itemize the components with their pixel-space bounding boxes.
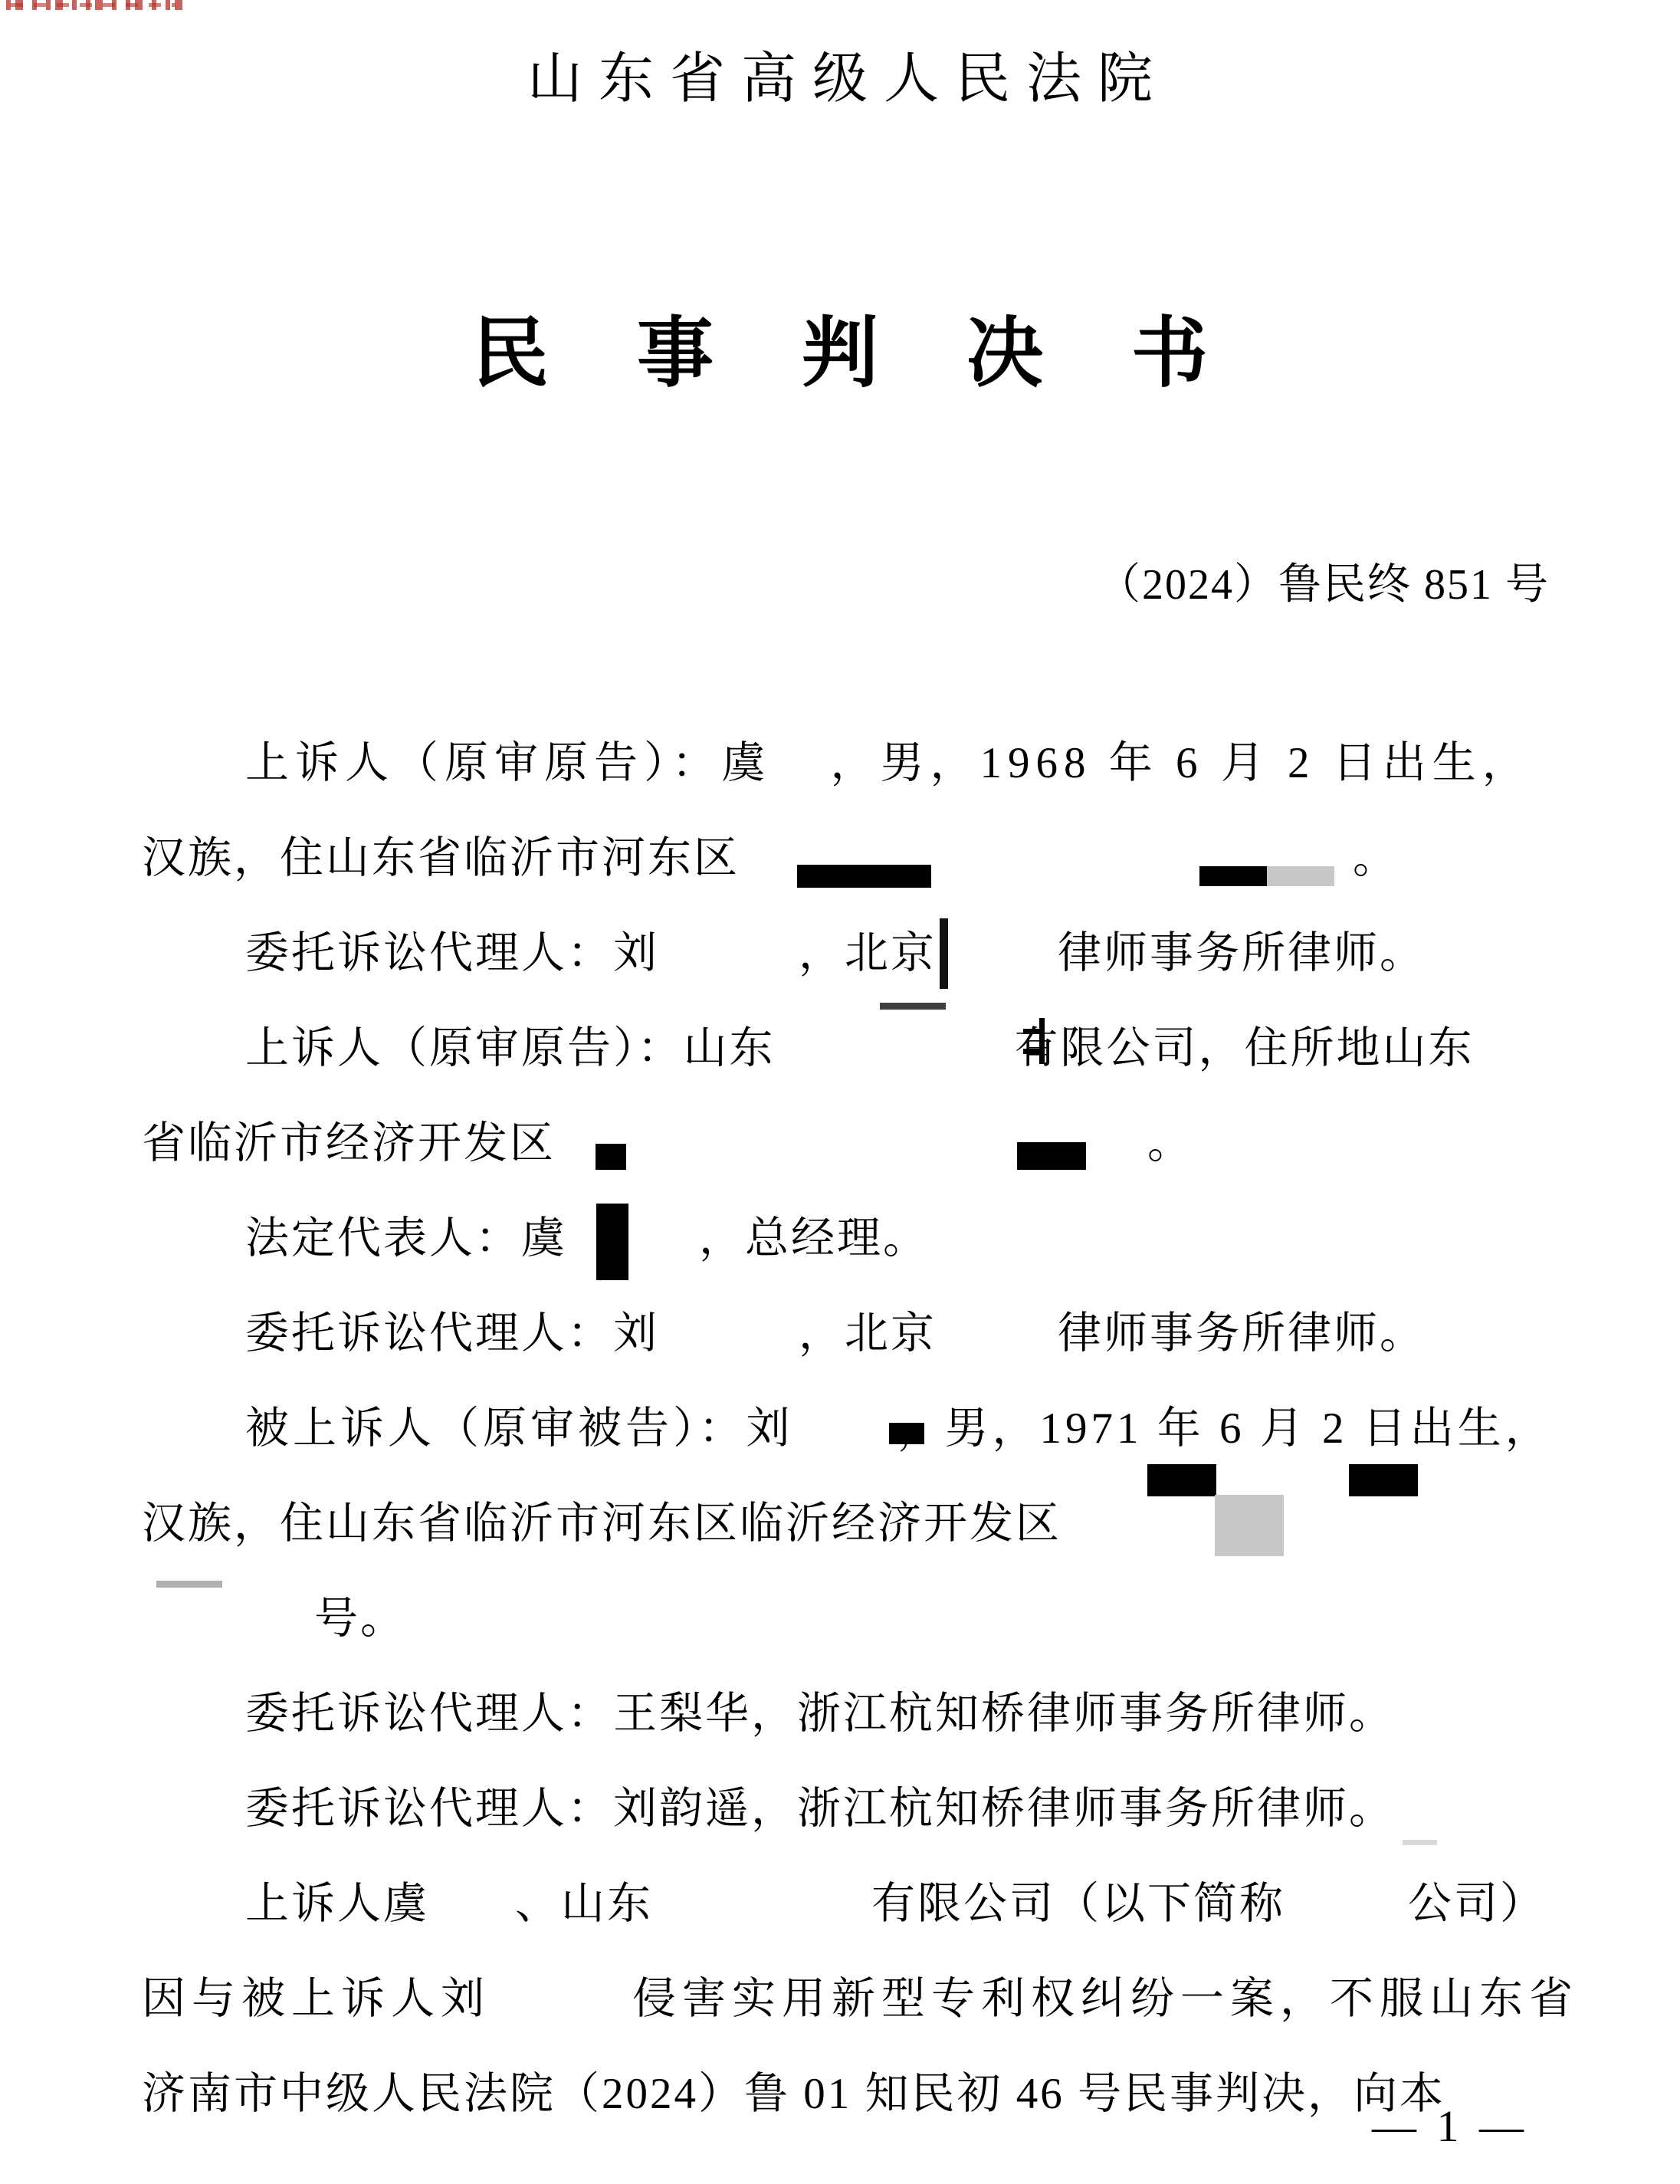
intro-court-text: 济南市中级人民法院（2024）鲁 01 知民初 46 号民事判决，向本 bbox=[142, 2070, 1445, 2118]
appellee-label: 被上诉人（原审被告）：刘 bbox=[245, 1404, 794, 1453]
case-number: （2024）鲁民终 851 号 bbox=[1098, 550, 1550, 612]
agent-2-label: 委托诉讼代理人：刘 bbox=[245, 1309, 659, 1358]
redaction-bar-gray bbox=[1267, 866, 1334, 886]
sentence-period: 。 bbox=[1353, 822, 1399, 895]
court-name-title: 山东省高级人民法院 bbox=[0, 34, 1680, 113]
line-case-intro-2: 因与被上诉人刘侵害实用新型专利权纠纷一案，不服山东省 bbox=[142, 1962, 1594, 2058]
intro-appellants-2: 、山东 bbox=[515, 1880, 653, 1928]
agent-1-city: ，北京 bbox=[799, 929, 937, 977]
intro-appellants-3: 有限公司（以下简称 bbox=[871, 1880, 1285, 1928]
line-appellee-address-2: 号。 bbox=[142, 1582, 1594, 1677]
court-name-text: 山东省高级人民法院 bbox=[527, 48, 1169, 110]
legal-rep-label: 法定代表人：虞 bbox=[245, 1214, 567, 1263]
line-appellee-address: 汉族，住山东省临沂市河东区临沂经济开发区 bbox=[142, 1487, 1594, 1582]
intro-dispute-1: 因与被上诉人刘 bbox=[142, 1975, 491, 2023]
line-agent-1: 委托诉讼代理人：刘，北京律师事务所律师。 bbox=[142, 917, 1594, 1012]
sentence-period: 。 bbox=[1147, 1107, 1193, 1180]
line-appellant-2: 上诉人（原审原告）：山东有限公司，住所地山东 bbox=[142, 1012, 1594, 1107]
redaction-bar bbox=[797, 865, 931, 888]
line-appellant-2-address: 省临沂市经济开发区 。 bbox=[142, 1107, 1594, 1202]
agent-4-text: 委托诉讼代理人：刘韵遥，浙江杭知桥律师事务所律师。 bbox=[245, 1785, 1395, 1833]
legal-rep-title: ，总经理。 bbox=[699, 1214, 929, 1263]
line-appellant-1-address: 汉族，住山东省临沂市河东区 。 bbox=[142, 822, 1594, 917]
appellant-2-info: 有限公司，住所地山东 bbox=[1015, 1024, 1475, 1072]
appellant-2-label: 上诉人（原审原告）：山东 bbox=[245, 1024, 776, 1072]
intro-appellants-4: 公司） bbox=[1408, 1880, 1546, 1928]
redaction-bar bbox=[596, 1144, 626, 1170]
red-stamp-fragment-icon bbox=[11, 3, 176, 7]
agent-2-city: ，北京 bbox=[799, 1309, 937, 1358]
redaction-bar bbox=[1147, 1464, 1216, 1496]
judgment-page: 山东省高级人民法院 民事判决书 （2024）鲁民终 851 号 上诉人（原审原告… bbox=[0, 0, 1680, 2184]
appellant-2-address-text: 省临沂市经济开发区 bbox=[142, 1119, 556, 1168]
agent-1-label: 委托诉讼代理人：刘 bbox=[245, 929, 659, 977]
redaction-bar bbox=[889, 1423, 924, 1444]
line-agent-2: 委托诉讼代理人：刘，北京律师事务所律师。 bbox=[142, 1297, 1594, 1392]
redaction-bar-gray bbox=[1215, 1495, 1284, 1556]
line-agent-3: 委托诉讼代理人：王梨华，浙江杭知桥律师事务所律师。 bbox=[142, 1677, 1594, 1772]
redaction-dash-gray bbox=[156, 1581, 222, 1588]
agent-2-firm: 律师事务所律师。 bbox=[1058, 1309, 1426, 1358]
line-appellant-1: 上诉人（原审原告）：虞，男，1968 年 6 月 2 日出生， bbox=[142, 727, 1594, 822]
redaction-bar-tall bbox=[596, 1204, 628, 1280]
redaction-bar bbox=[1349, 1464, 1418, 1496]
redaction-bar bbox=[1017, 1142, 1086, 1170]
address-number-suffix: 号。 bbox=[314, 1594, 406, 1643]
intro-dispute-2: 侵害实用新型专利权纠纷一案，不服山东省 bbox=[632, 1975, 1579, 2023]
appellant-1-label: 上诉人（原审原告）：虞 bbox=[245, 739, 772, 787]
page-number: — 1 — bbox=[1372, 2100, 1528, 2152]
redacted-partial-glyph bbox=[1023, 1018, 1046, 1064]
scan-artifact-faint bbox=[1403, 1840, 1437, 1845]
agent-1-firm: 律师事务所律师。 bbox=[1058, 929, 1426, 977]
scan-artifact-dash bbox=[880, 1003, 946, 1010]
appellee-info: ，男，1971 年 6 月 2 日出生， bbox=[897, 1404, 1553, 1453]
line-case-intro-1: 上诉人虞、山东有限公司（以下简称公司） bbox=[142, 1867, 1594, 1962]
appellant-1-info: ，男，1968 年 6 月 2 日出生， bbox=[831, 739, 1532, 787]
redaction-bar bbox=[1199, 866, 1267, 886]
appellant-1-address-text: 汉族，住山东省临沂市河东区 bbox=[142, 834, 740, 882]
appellee-address-text: 汉族，住山东省临沂市河东区临沂经济开发区 bbox=[142, 1499, 1061, 1548]
agent-3-text: 委托诉讼代理人：王梨华，浙江杭知桥律师事务所律师。 bbox=[245, 1690, 1395, 1738]
document-type-title: 民事判决书 bbox=[0, 291, 1680, 402]
document-type-text: 民事判决书 bbox=[472, 311, 1296, 396]
intro-appellants-1: 上诉人虞 bbox=[245, 1880, 429, 1928]
redaction-cursor-bar bbox=[940, 918, 948, 989]
line-agent-4: 委托诉讼代理人：刘韵遥，浙江杭知桥律师事务所律师。 bbox=[142, 1772, 1594, 1867]
line-legal-representative: 法定代表人：虞，总经理。 bbox=[142, 1202, 1594, 1297]
